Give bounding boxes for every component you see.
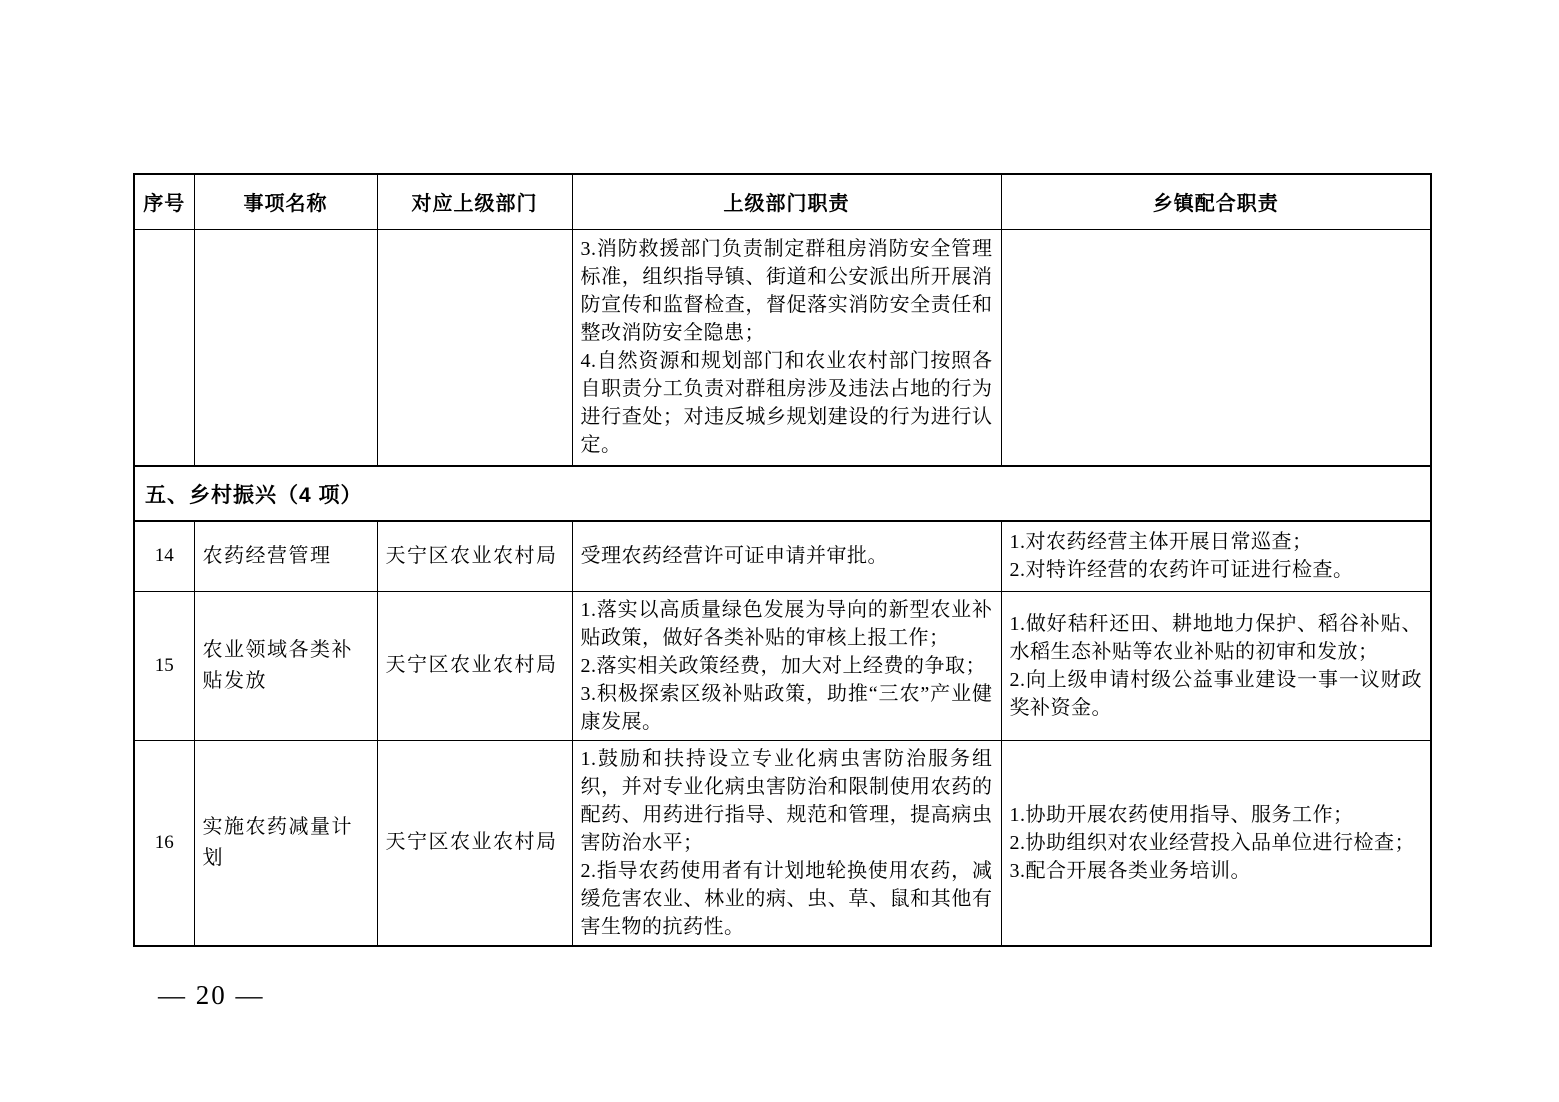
- cell-superior-duty: 3.消防救援部门负责制定群租房消防安全管理标准，组织指导镇、街道和公安派出所开展…: [572, 229, 1001, 466]
- table-row: 16 实施农药减量计划 天宁区农业农村局 1.鼓励和扶持设立专业化病虫害防治服务…: [134, 740, 1431, 946]
- table-row: 15 农业领域各类补贴发放 天宁区农业农村局 1.落实以高质量绿色发展为导向的新…: [134, 591, 1431, 740]
- page-number: — 20 —: [158, 980, 265, 1011]
- section-header-row: 五、乡村振兴（4 项）: [134, 466, 1431, 521]
- cell-township-duty: 1.做好秸秆还田、耕地地力保护、稻谷补贴、水稻生态补贴等农业补贴的初审和发放； …: [1001, 591, 1431, 740]
- responsibility-table: 序号 事项名称 对应上级部门 上级部门职责 乡镇配合职责 3.消防救援部门负责制…: [133, 173, 1432, 947]
- cell-township-duty: 1.协助开展农药使用指导、服务工作； 2.协助组织对农业经营投入品单位进行检查；…: [1001, 740, 1431, 946]
- document-page: 序号 事项名称 对应上级部门 上级部门职责 乡镇配合职责 3.消防救援部门负责制…: [0, 0, 1559, 1102]
- cell-name-empty: [194, 229, 377, 466]
- cell-superior-duty: 1.落实以高质量绿色发展为导向的新型农业补贴政策，做好各类补贴的审核上报工作； …: [572, 591, 1001, 740]
- cell-name: 农业领域各类补贴发放: [194, 591, 377, 740]
- column-header-seq: 序号: [134, 174, 194, 229]
- cell-dept: 天宁区农业农村局: [377, 740, 572, 946]
- table-row-continuation: 3.消防救援部门负责制定群租房消防安全管理标准，组织指导镇、街道和公安派出所开展…: [134, 229, 1431, 466]
- cell-seq: 16: [134, 740, 194, 946]
- cell-superior-duty: 1.鼓励和扶持设立专业化病虫害防治服务组织，并对专业化病虫害防治和限制使用农药的…: [572, 740, 1001, 946]
- column-header-dept: 对应上级部门: [377, 174, 572, 229]
- cell-dept: 天宁区农业农村局: [377, 591, 572, 740]
- cell-township-duty: 1.对农药经营主体开展日常巡查； 2.对特许经营的农药许可证进行检查。: [1001, 521, 1431, 591]
- table-header-row: 序号 事项名称 对应上级部门 上级部门职责 乡镇配合职责: [134, 174, 1431, 229]
- cell-dept: 天宁区农业农村局: [377, 521, 572, 591]
- section-title: 五、乡村振兴（4 项）: [134, 466, 1431, 521]
- column-header-name: 事项名称: [194, 174, 377, 229]
- cell-superior-duty: 受理农药经营许可证申请并审批。: [572, 521, 1001, 591]
- table-row: 14 农药经营管理 天宁区农业农村局 受理农药经营许可证申请并审批。 1.对农药…: [134, 521, 1431, 591]
- cell-seq-empty: [134, 229, 194, 466]
- cell-seq: 14: [134, 521, 194, 591]
- cell-name: 实施农药减量计划: [194, 740, 377, 946]
- cell-township-duty-empty: [1001, 229, 1431, 466]
- column-header-township-duty: 乡镇配合职责: [1001, 174, 1431, 229]
- cell-seq: 15: [134, 591, 194, 740]
- column-header-superior-duty: 上级部门职责: [572, 174, 1001, 229]
- cell-dept-empty: [377, 229, 572, 466]
- cell-name: 农药经营管理: [194, 521, 377, 591]
